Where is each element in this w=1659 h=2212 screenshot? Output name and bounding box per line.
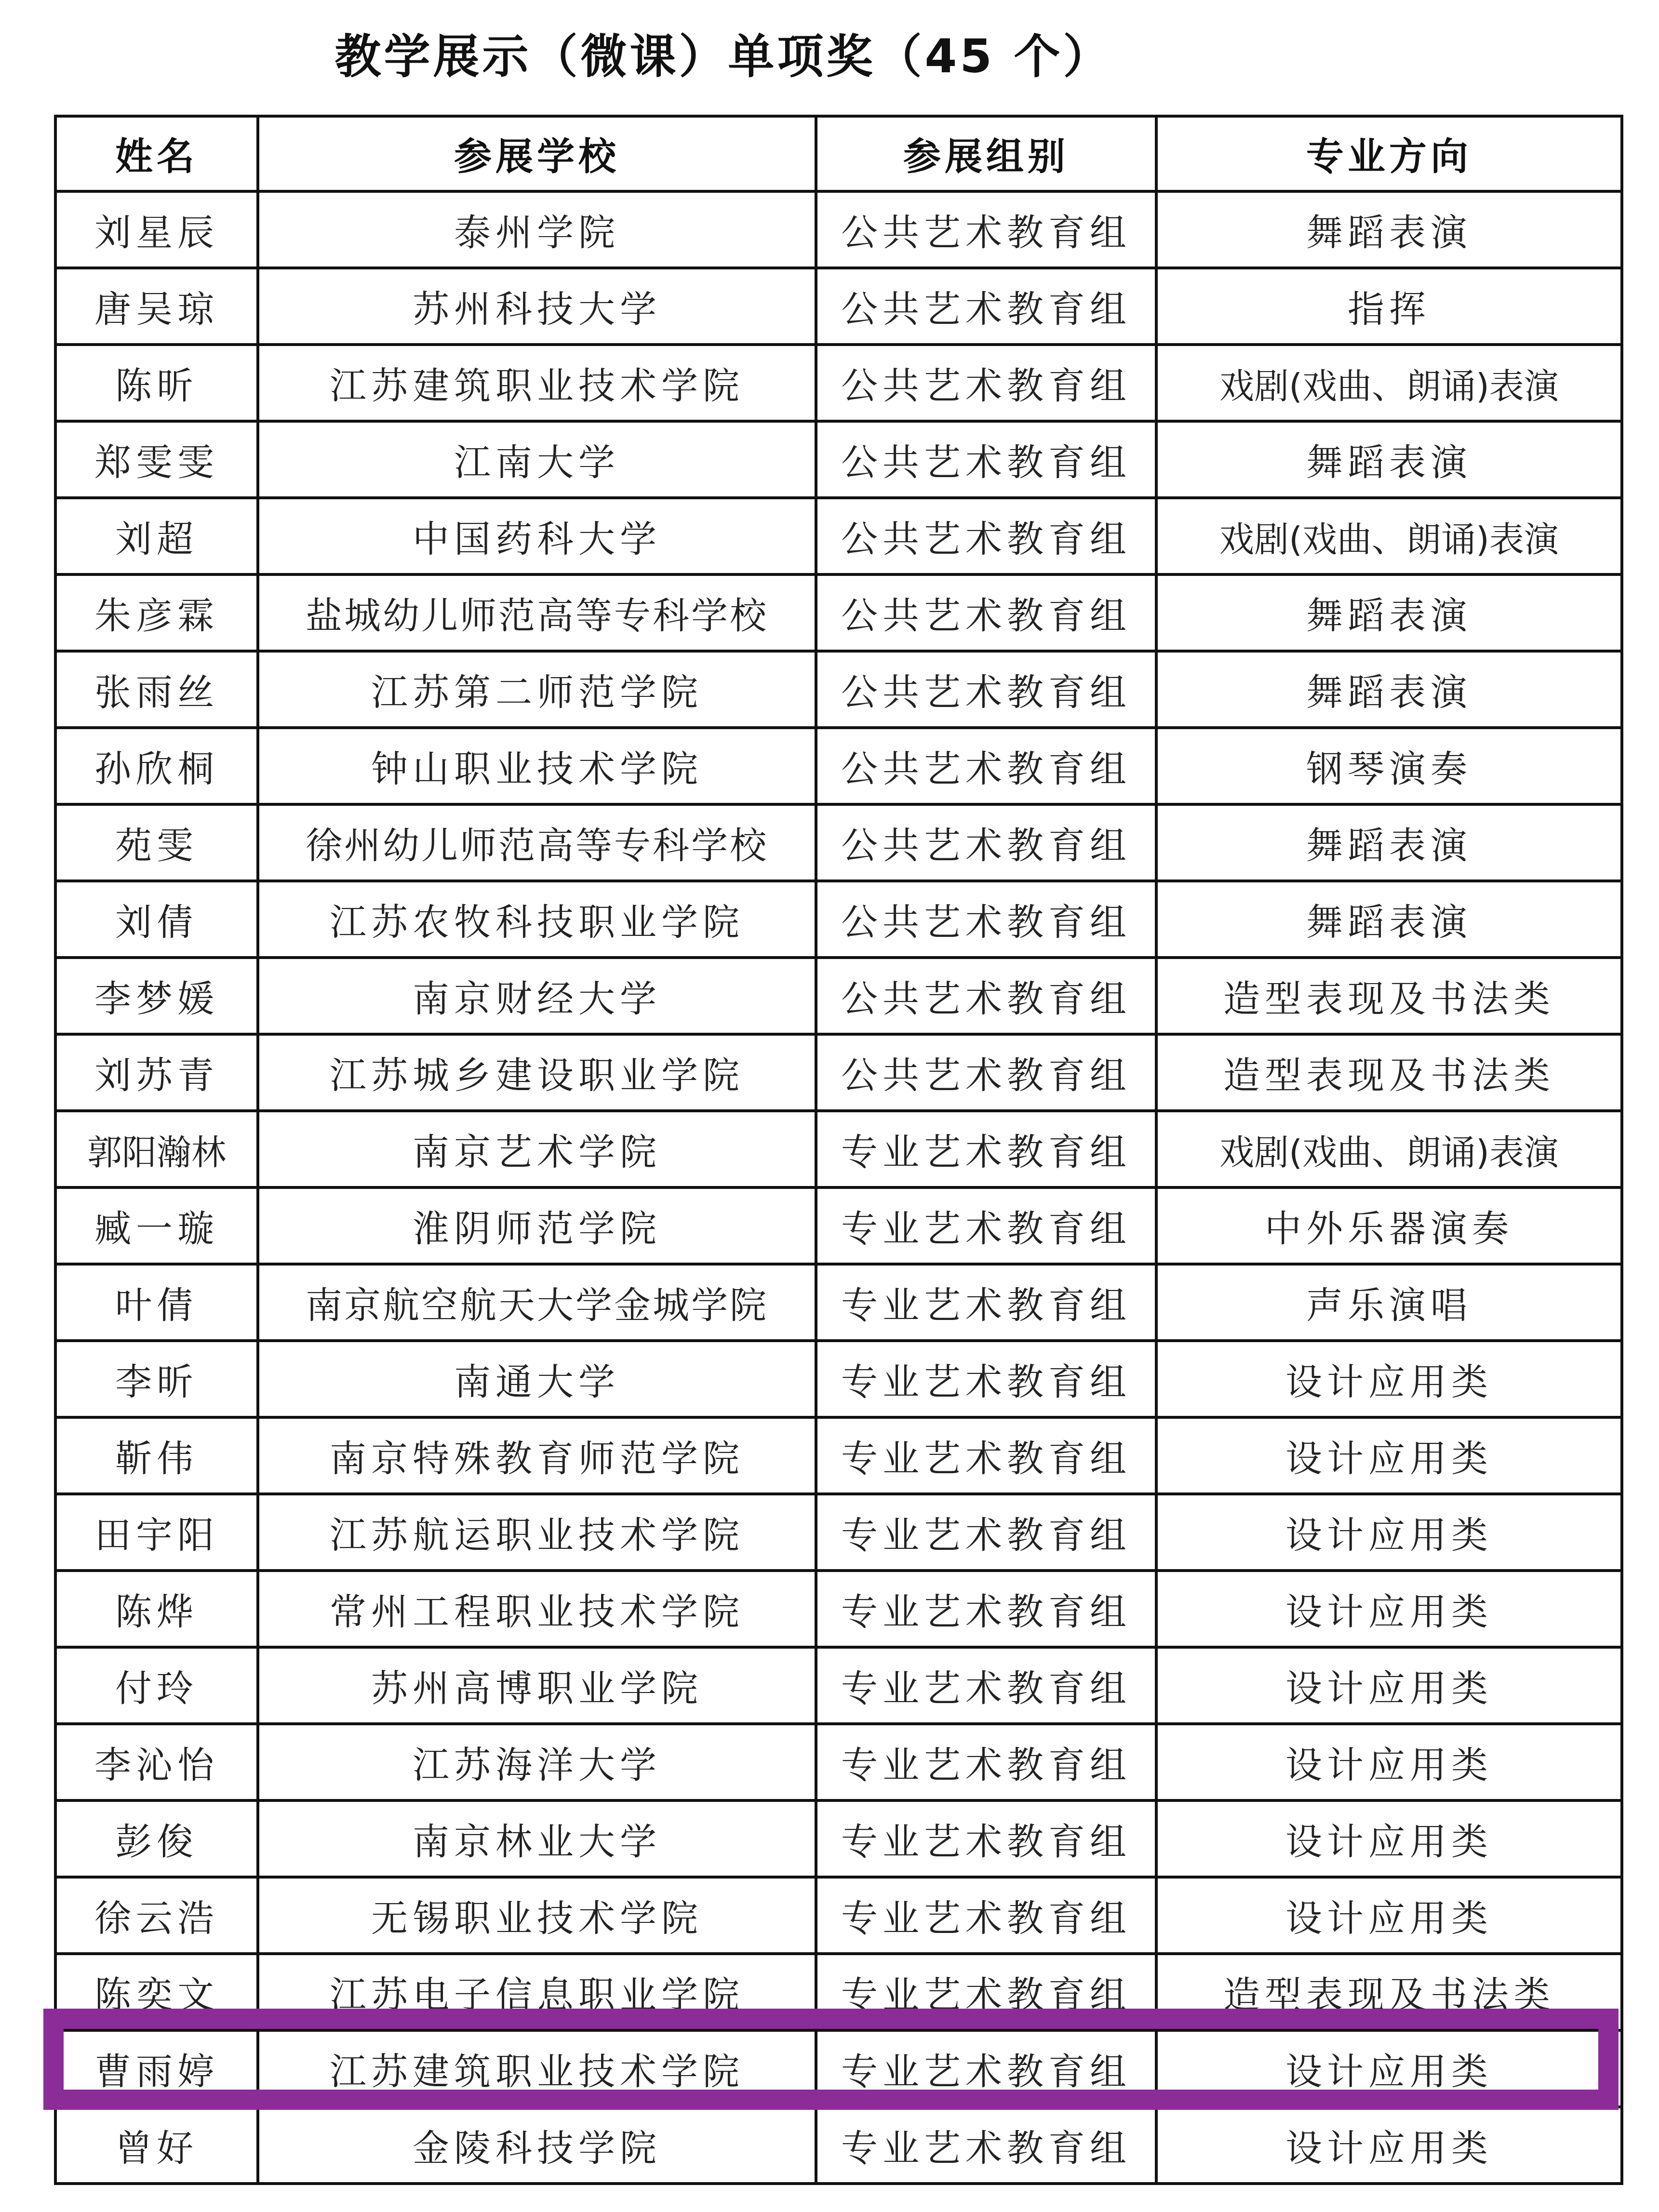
table-row: 臧一璇淮阴师范学院专业艺术教育组中外乐器演奏 — [55, 1187, 1622, 1264]
name-cell: 唐吴琼 — [55, 268, 258, 345]
name-cell: 李梦媛 — [55, 958, 258, 1034]
name-cell: 陈烨 — [55, 1571, 258, 1647]
school-cell: 江苏建筑职业技术学院 — [258, 2030, 816, 2107]
major-cell: 设计应用类 — [1156, 1647, 1622, 1724]
school-cell: 江苏农牧科技职业学院 — [258, 881, 816, 958]
major-cell: 设计应用类 — [1156, 1417, 1622, 1494]
table-row: 郭阳瀚林南京艺术学院专业艺术教育组戏剧(戏曲、朗诵)表演 — [55, 1111, 1622, 1187]
group-cell: 公共艺术教育组 — [816, 881, 1156, 958]
school-cell: 无锡职业技术学院 — [258, 1877, 816, 1954]
group-cell: 专业艺术教育组 — [816, 1724, 1156, 1800]
group-cell: 公共艺术教育组 — [816, 268, 1156, 345]
name-cell: 徐云浩 — [55, 1877, 258, 1954]
name-cell: 叶倩 — [55, 1264, 258, 1341]
table-row: 唐吴琼苏州科技大学公共艺术教育组指挥 — [55, 268, 1622, 345]
group-cell: 专业艺术教育组 — [816, 1341, 1156, 1417]
table-row: 靳伟南京特殊教育师范学院专业艺术教育组设计应用类 — [55, 1417, 1622, 1494]
school-cell: 江苏建筑职业技术学院 — [258, 345, 816, 421]
table-row: 刘倩江苏农牧科技职业学院公共艺术教育组舞蹈表演 — [55, 881, 1622, 958]
name-cell: 张雨丝 — [55, 651, 258, 728]
name-cell: 付玲 — [55, 1647, 258, 1724]
school-cell: 淮阴师范学院 — [258, 1187, 816, 1264]
table-row: 李沁怡江苏海洋大学专业艺术教育组设计应用类 — [55, 1724, 1622, 1800]
table-row: 朱彦霖盐城幼儿师范高等专科学校公共艺术教育组舞蹈表演 — [55, 574, 1622, 651]
group-cell: 公共艺术教育组 — [816, 498, 1156, 574]
school-cell: 苏州高博职业学院 — [258, 1647, 816, 1724]
table-row: 陈烨常州工程职业技术学院专业艺术教育组设计应用类 — [55, 1571, 1622, 1647]
group-cell: 专业艺术教育组 — [816, 1877, 1156, 1954]
major-cell: 造型表现及书法类 — [1156, 1954, 1622, 2030]
table-row: 孙欣桐钟山职业技术学院公共艺术教育组钢琴演奏 — [55, 728, 1622, 804]
group-cell: 专业艺术教育组 — [816, 1187, 1156, 1264]
table-row: 陈昕江苏建筑职业技术学院公共艺术教育组戏剧(戏曲、朗诵)表演 — [55, 345, 1622, 421]
name-cell: 田宇阳 — [55, 1494, 258, 1571]
group-cell: 公共艺术教育组 — [816, 804, 1156, 881]
document-title: 教学展示（微课）单项奖（45 个） — [0, 25, 1659, 88]
table-row: 曾好金陵科技学院专业艺术教育组设计应用类 — [55, 2107, 1622, 2184]
school-cell: 徐州幼儿师范高等专科学校 — [258, 804, 816, 881]
group-cell: 公共艺术教育组 — [816, 345, 1156, 421]
name-cell: 李沁怡 — [55, 1724, 258, 1800]
award-table: 姓名 参展学校 参展组别 专业方向 刘星辰泰州学院公共艺术教育组舞蹈表演唐吴琼苏… — [54, 115, 1623, 2185]
name-cell: 曹雨婷 — [55, 2030, 258, 2107]
group-cell: 公共艺术教育组 — [816, 958, 1156, 1034]
group-cell: 公共艺术教育组 — [816, 728, 1156, 804]
group-cell: 专业艺术教育组 — [816, 1264, 1156, 1341]
group-cell: 专业艺术教育组 — [816, 2030, 1156, 2107]
name-cell: 陈奕文 — [55, 1954, 258, 2030]
table-row: 付玲苏州高博职业学院专业艺术教育组设计应用类 — [55, 1647, 1622, 1724]
school-cell: 江苏航运职业技术学院 — [258, 1494, 816, 1571]
school-cell: 南京艺术学院 — [258, 1111, 816, 1187]
major-cell: 戏剧(戏曲、朗诵)表演 — [1156, 498, 1622, 574]
school-cell: 苏州科技大学 — [258, 268, 816, 345]
group-cell: 公共艺术教育组 — [816, 1034, 1156, 1111]
school-cell: 江苏海洋大学 — [258, 1724, 816, 1800]
name-cell: 刘倩 — [55, 881, 258, 958]
group-cell: 专业艺术教育组 — [816, 1111, 1156, 1187]
name-cell: 朱彦霖 — [55, 574, 258, 651]
major-cell: 设计应用类 — [1156, 1724, 1622, 1800]
table-row: 陈奕文江苏电子信息职业学院专业艺术教育组造型表现及书法类 — [55, 1954, 1622, 2030]
header-name: 姓名 — [55, 116, 258, 191]
major-cell: 造型表现及书法类 — [1156, 1034, 1622, 1111]
school-cell: 常州工程职业技术学院 — [258, 1571, 816, 1647]
major-cell: 设计应用类 — [1156, 2107, 1622, 2184]
school-cell: 江苏城乡建设职业学院 — [258, 1034, 816, 1111]
major-cell: 舞蹈表演 — [1156, 421, 1622, 498]
school-cell: 南京财经大学 — [258, 958, 816, 1034]
group-cell: 公共艺术教育组 — [816, 191, 1156, 268]
table-row: 李梦媛南京财经大学公共艺术教育组造型表现及书法类 — [55, 958, 1622, 1034]
name-cell: 曾好 — [55, 2107, 258, 2184]
major-cell: 舞蹈表演 — [1156, 651, 1622, 728]
major-cell: 造型表现及书法类 — [1156, 958, 1622, 1034]
major-cell: 声乐演唱 — [1156, 1264, 1622, 1341]
header-group: 参展组别 — [816, 116, 1156, 191]
group-cell: 专业艺术教育组 — [816, 1494, 1156, 1571]
major-cell: 设计应用类 — [1156, 1494, 1622, 1571]
school-cell: 江苏电子信息职业学院 — [258, 1954, 816, 2030]
table-row: 彭俊南京林业大学专业艺术教育组设计应用类 — [55, 1800, 1622, 1877]
school-cell: 南京林业大学 — [258, 1800, 816, 1877]
table-row: 刘超中国药科大学公共艺术教育组戏剧(戏曲、朗诵)表演 — [55, 498, 1622, 574]
major-cell: 戏剧(戏曲、朗诵)表演 — [1156, 1111, 1622, 1187]
school-cell: 江苏第二师范学院 — [258, 651, 816, 728]
major-cell: 舞蹈表演 — [1156, 574, 1622, 651]
name-cell: 郑雯雯 — [55, 421, 258, 498]
name-cell: 臧一璇 — [55, 1187, 258, 1264]
group-cell: 专业艺术教育组 — [816, 1571, 1156, 1647]
header-school: 参展学校 — [258, 116, 816, 191]
name-cell: 陈昕 — [55, 345, 258, 421]
table-body: 刘星辰泰州学院公共艺术教育组舞蹈表演唐吴琼苏州科技大学公共艺术教育组指挥陈昕江苏… — [55, 191, 1622, 2184]
name-cell: 郭阳瀚林 — [55, 1111, 258, 1187]
group-cell: 专业艺术教育组 — [816, 1954, 1156, 2030]
group-cell: 公共艺术教育组 — [816, 651, 1156, 728]
header-major: 专业方向 — [1156, 116, 1622, 191]
table-row-highlighted: 曹雨婷江苏建筑职业技术学院专业艺术教育组设计应用类 — [55, 2030, 1622, 2107]
school-cell: 南通大学 — [258, 1341, 816, 1417]
group-cell: 专业艺术教育组 — [816, 1417, 1156, 1494]
school-cell: 南京特殊教育师范学院 — [258, 1417, 816, 1494]
major-cell: 戏剧(戏曲、朗诵)表演 — [1156, 345, 1622, 421]
name-cell: 刘苏青 — [55, 1034, 258, 1111]
major-cell: 舞蹈表演 — [1156, 191, 1622, 268]
name-cell: 孙欣桐 — [55, 728, 258, 804]
school-cell: 中国药科大学 — [258, 498, 816, 574]
group-cell: 专业艺术教育组 — [816, 1647, 1156, 1724]
name-cell: 靳伟 — [55, 1417, 258, 1494]
table-row: 刘苏青江苏城乡建设职业学院公共艺术教育组造型表现及书法类 — [55, 1034, 1622, 1111]
table-row: 郑雯雯江南大学公共艺术教育组舞蹈表演 — [55, 421, 1622, 498]
major-cell: 设计应用类 — [1156, 1800, 1622, 1877]
major-cell: 设计应用类 — [1156, 1571, 1622, 1647]
major-cell: 舞蹈表演 — [1156, 881, 1622, 958]
group-cell: 公共艺术教育组 — [816, 421, 1156, 498]
table-row: 徐云浩无锡职业技术学院专业艺术教育组设计应用类 — [55, 1877, 1622, 1954]
table-row: 叶倩南京航空航天大学金城学院专业艺术教育组声乐演唱 — [55, 1264, 1622, 1341]
name-cell: 刘超 — [55, 498, 258, 574]
table-row: 刘星辰泰州学院公共艺术教育组舞蹈表演 — [55, 191, 1622, 268]
major-cell: 指挥 — [1156, 268, 1622, 345]
major-cell: 设计应用类 — [1156, 2030, 1622, 2107]
name-cell: 刘星辰 — [55, 191, 258, 268]
major-cell: 设计应用类 — [1156, 1341, 1622, 1417]
major-cell: 钢琴演奏 — [1156, 728, 1622, 804]
school-cell: 钟山职业技术学院 — [258, 728, 816, 804]
name-cell: 苑雯 — [55, 804, 258, 881]
major-cell: 设计应用类 — [1156, 1877, 1622, 1954]
table-header-row: 姓名 参展学校 参展组别 专业方向 — [55, 116, 1622, 191]
school-cell: 江南大学 — [258, 421, 816, 498]
major-cell: 中外乐器演奏 — [1156, 1187, 1622, 1264]
school-cell: 盐城幼儿师范高等专科学校 — [258, 574, 816, 651]
major-cell: 舞蹈表演 — [1156, 804, 1622, 881]
table-row: 田宇阳江苏航运职业技术学院专业艺术教育组设计应用类 — [55, 1494, 1622, 1571]
table-row: 张雨丝江苏第二师范学院公共艺术教育组舞蹈表演 — [55, 651, 1622, 728]
school-cell: 泰州学院 — [258, 191, 816, 268]
group-cell: 专业艺术教育组 — [816, 1800, 1156, 1877]
school-cell: 金陵科技学院 — [258, 2107, 816, 2184]
group-cell: 专业艺术教育组 — [816, 2107, 1156, 2184]
name-cell: 李昕 — [55, 1341, 258, 1417]
table-row: 李昕南通大学专业艺术教育组设计应用类 — [55, 1341, 1622, 1417]
table-row: 苑雯徐州幼儿师范高等专科学校公共艺术教育组舞蹈表演 — [55, 804, 1622, 881]
name-cell: 彭俊 — [55, 1800, 258, 1877]
school-cell: 南京航空航天大学金城学院 — [258, 1264, 816, 1341]
group-cell: 公共艺术教育组 — [816, 574, 1156, 651]
